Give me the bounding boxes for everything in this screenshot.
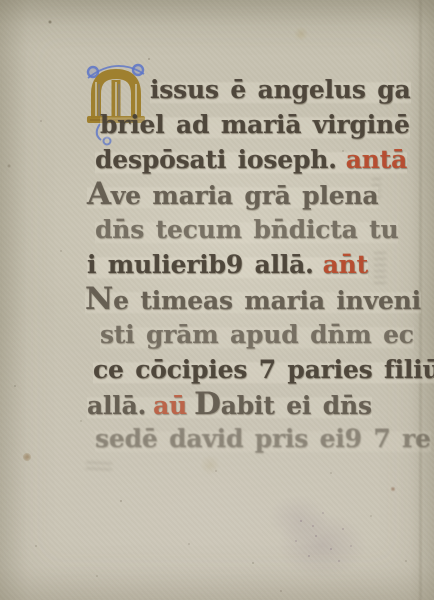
rubric-antiphon-1: antā: [346, 145, 407, 174]
rubric-antiphon-3: aū: [153, 391, 187, 420]
line-9-text: ce cōcipies 7 paries filiū: [93, 355, 434, 384]
line-8-text: sti grām apud dn̄m ec: [100, 320, 414, 349]
line-1-text: issus ē angelus ga: [150, 75, 411, 104]
text-line-1: issus ē angelus ga: [150, 72, 411, 107]
line-4-text: Ave maria grā plena: [87, 181, 378, 210]
text-line-2: briel ad mariā virginē: [100, 107, 410, 142]
text-line-11: sedē david pris ei9 7 re: [95, 421, 431, 456]
line-6-text: i mulierib9 allā.: [87, 250, 314, 279]
text-line-5: dn̄s tecum bn̄dicta tu: [95, 212, 398, 247]
text-line-4: Ave maria grā plena: [87, 177, 378, 212]
manuscript-page: M issus ē angelus ga briel ad mariā virg…: [0, 0, 434, 600]
verso-showthrough-mark: [374, 252, 386, 284]
line-7-text: Ne timeas maria inveni: [85, 286, 421, 315]
line-2-text: briel ad mariā virginē: [100, 110, 410, 139]
text-line-9: ce cōcipies 7 paries filiū: [93, 352, 434, 387]
ink-stain-cluster: [0, 0, 2, 2]
text-line-10: allā.aūDabit ei dn̄s: [87, 387, 372, 422]
text-line-3: despōsati ioseph.antā: [95, 142, 407, 177]
text-line-8: sti grām apud dn̄m ec: [100, 317, 414, 352]
line-10-text-a: allā.: [87, 391, 146, 420]
line-10-text-b: Dabit ei dn̄s: [194, 387, 372, 423]
verso-showthrough-mark: [86, 461, 112, 470]
rubric-antiphon-2: an̄t: [323, 250, 368, 279]
text-line-6: i mulierib9 allā.an̄t: [87, 247, 368, 282]
line-3-text: despōsati ioseph.: [95, 145, 337, 174]
line-5-text: dn̄s tecum bn̄dicta tu: [95, 215, 398, 244]
text-line-7: Ne timeas maria inveni: [85, 282, 421, 317]
line-11-text: sedē david pris ei9 7 re: [95, 424, 431, 453]
